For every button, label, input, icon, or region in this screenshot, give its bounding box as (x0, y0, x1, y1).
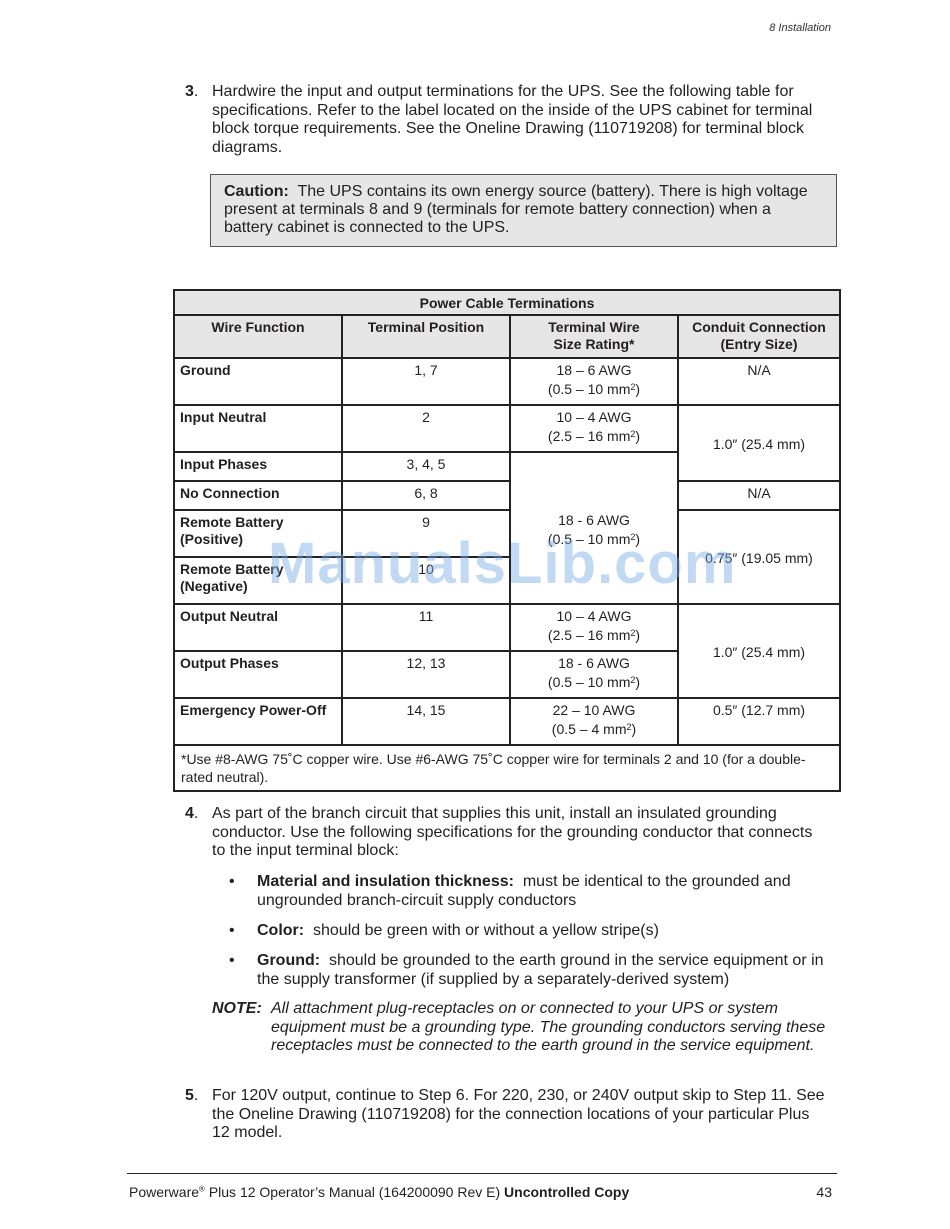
cell-function: No Connection (174, 481, 342, 510)
col-header-wire-size: Terminal WireSize Rating* (510, 315, 678, 358)
cell-position: 11 (342, 604, 510, 651)
cell-conduit: 1.0″ (25.4 mm) (678, 405, 840, 481)
footer-divider (127, 1173, 837, 1174)
step-number: 4. (185, 805, 198, 824)
cell-position: 6, 8 (342, 481, 510, 510)
table-row: Emergency Power-Off 14, 15 22 – 10 AWG(0… (174, 698, 840, 745)
cell-position: 14, 15 (342, 698, 510, 745)
note-text: All attachment plug-receptacles on or co… (271, 1000, 832, 1056)
list-item: • Material and insulation thickness: mus… (229, 872, 839, 910)
col-header-terminal-position: Terminal Position (342, 315, 510, 358)
cell-position: 2 (342, 405, 510, 452)
cell-size: 22 – 10 AWG(0.5 – 4 mm2) (510, 698, 678, 745)
cell-conduit: 1.0″ (25.4 mm) (678, 604, 840, 698)
table-row: No Connection 6, 8 N/A (174, 481, 840, 510)
step-5: 5. For 120V output, continue to Step 6. … (185, 1087, 825, 1143)
bullet-icon: • (229, 951, 235, 970)
caution-box: Caution: The UPS contains its own energy… (210, 174, 837, 247)
table-row: Remote Battery (Positive) 9 0.75″ (19.05… (174, 510, 840, 557)
table-row: Output Neutral 11 10 – 4 AWG(2.5 – 16 mm… (174, 604, 840, 651)
cell-function: Remote Battery (Negative) (174, 557, 342, 604)
cell-function: Input Phases (174, 452, 342, 481)
caution-label: Caution: (224, 183, 289, 200)
step-text: Hardwire the input and output terminatio… (212, 83, 825, 157)
cell-conduit: N/A (678, 358, 840, 405)
grounding-spec-list: • Material and insulation thickness: mus… (229, 872, 839, 1000)
cell-function: Ground (174, 358, 342, 405)
cell-position: 10 (342, 557, 510, 604)
section-header: 8 Installation (769, 22, 831, 34)
table-row: Ground 1, 7 18 – 6 AWG(0.5 – 10 mm2) N/A (174, 358, 840, 405)
step-number: 3. (185, 83, 198, 102)
list-item: • Ground: should be grounded to the eart… (229, 951, 839, 989)
cell-function: Input Neutral (174, 405, 342, 452)
note-block: NOTE: All attachment plug-receptacles on… (212, 1000, 832, 1056)
cell-function: Output Phases (174, 651, 342, 698)
footer-title: Powerware® Plus 12 Operator’s Manual (16… (129, 1184, 629, 1200)
cell-size: 18 – 6 AWG(0.5 – 10 mm2) (510, 358, 678, 405)
cell-function: Emergency Power-Off (174, 698, 342, 745)
cell-position: 1, 7 (342, 358, 510, 405)
page-number: 43 (816, 1184, 832, 1200)
cell-position: 3, 4, 5 (342, 452, 510, 481)
list-item: • Color: should be green with or without… (229, 921, 839, 940)
bullet-icon: • (229, 921, 235, 940)
table-title: Power Cable Terminations (174, 290, 840, 315)
cell-conduit: 0.75″ (19.05 mm) (678, 510, 840, 604)
cell-function: Output Neutral (174, 604, 342, 651)
cell-conduit: N/A (678, 481, 840, 510)
step-number: 5. (185, 1087, 198, 1106)
table-footnote: *Use #8-AWG 75˚C copper wire. Use #6-AWG… (174, 745, 840, 791)
cell-function: Remote Battery (Positive) (174, 510, 342, 557)
cell-position: 12, 13 (342, 651, 510, 698)
step-text: As part of the branch circuit that suppl… (212, 805, 825, 861)
caution-text: The UPS contains its own energy source (… (224, 183, 808, 236)
col-header-wire-function: Wire Function (174, 315, 342, 358)
bullet-icon: • (229, 872, 235, 891)
cell-size: 18 - 6 AWG(0.5 – 10 mm2) (510, 651, 678, 698)
cell-size: 10 – 4 AWG(2.5 – 16 mm2) (510, 405, 678, 452)
power-cable-terminations-table: Power Cable Terminations Wire Function T… (173, 289, 841, 792)
cell-size: 18 - 6 AWG(0.5 – 10 mm2) (510, 452, 678, 604)
table-row: Input Neutral 2 10 – 4 AWG(2.5 – 16 mm2)… (174, 405, 840, 452)
col-header-conduit: Conduit Connection(Entry Size) (678, 315, 840, 358)
cell-size: 10 – 4 AWG(2.5 – 16 mm2) (510, 604, 678, 651)
cell-position: 9 (342, 510, 510, 557)
step-4: 4. As part of the branch circuit that su… (185, 805, 825, 861)
cell-conduit: 0.5″ (12.7 mm) (678, 698, 840, 745)
note-label: NOTE: (212, 1000, 262, 1019)
step-text: For 120V output, continue to Step 6. For… (212, 1087, 825, 1143)
step-3: 3. Hardwire the input and output termina… (185, 83, 825, 157)
